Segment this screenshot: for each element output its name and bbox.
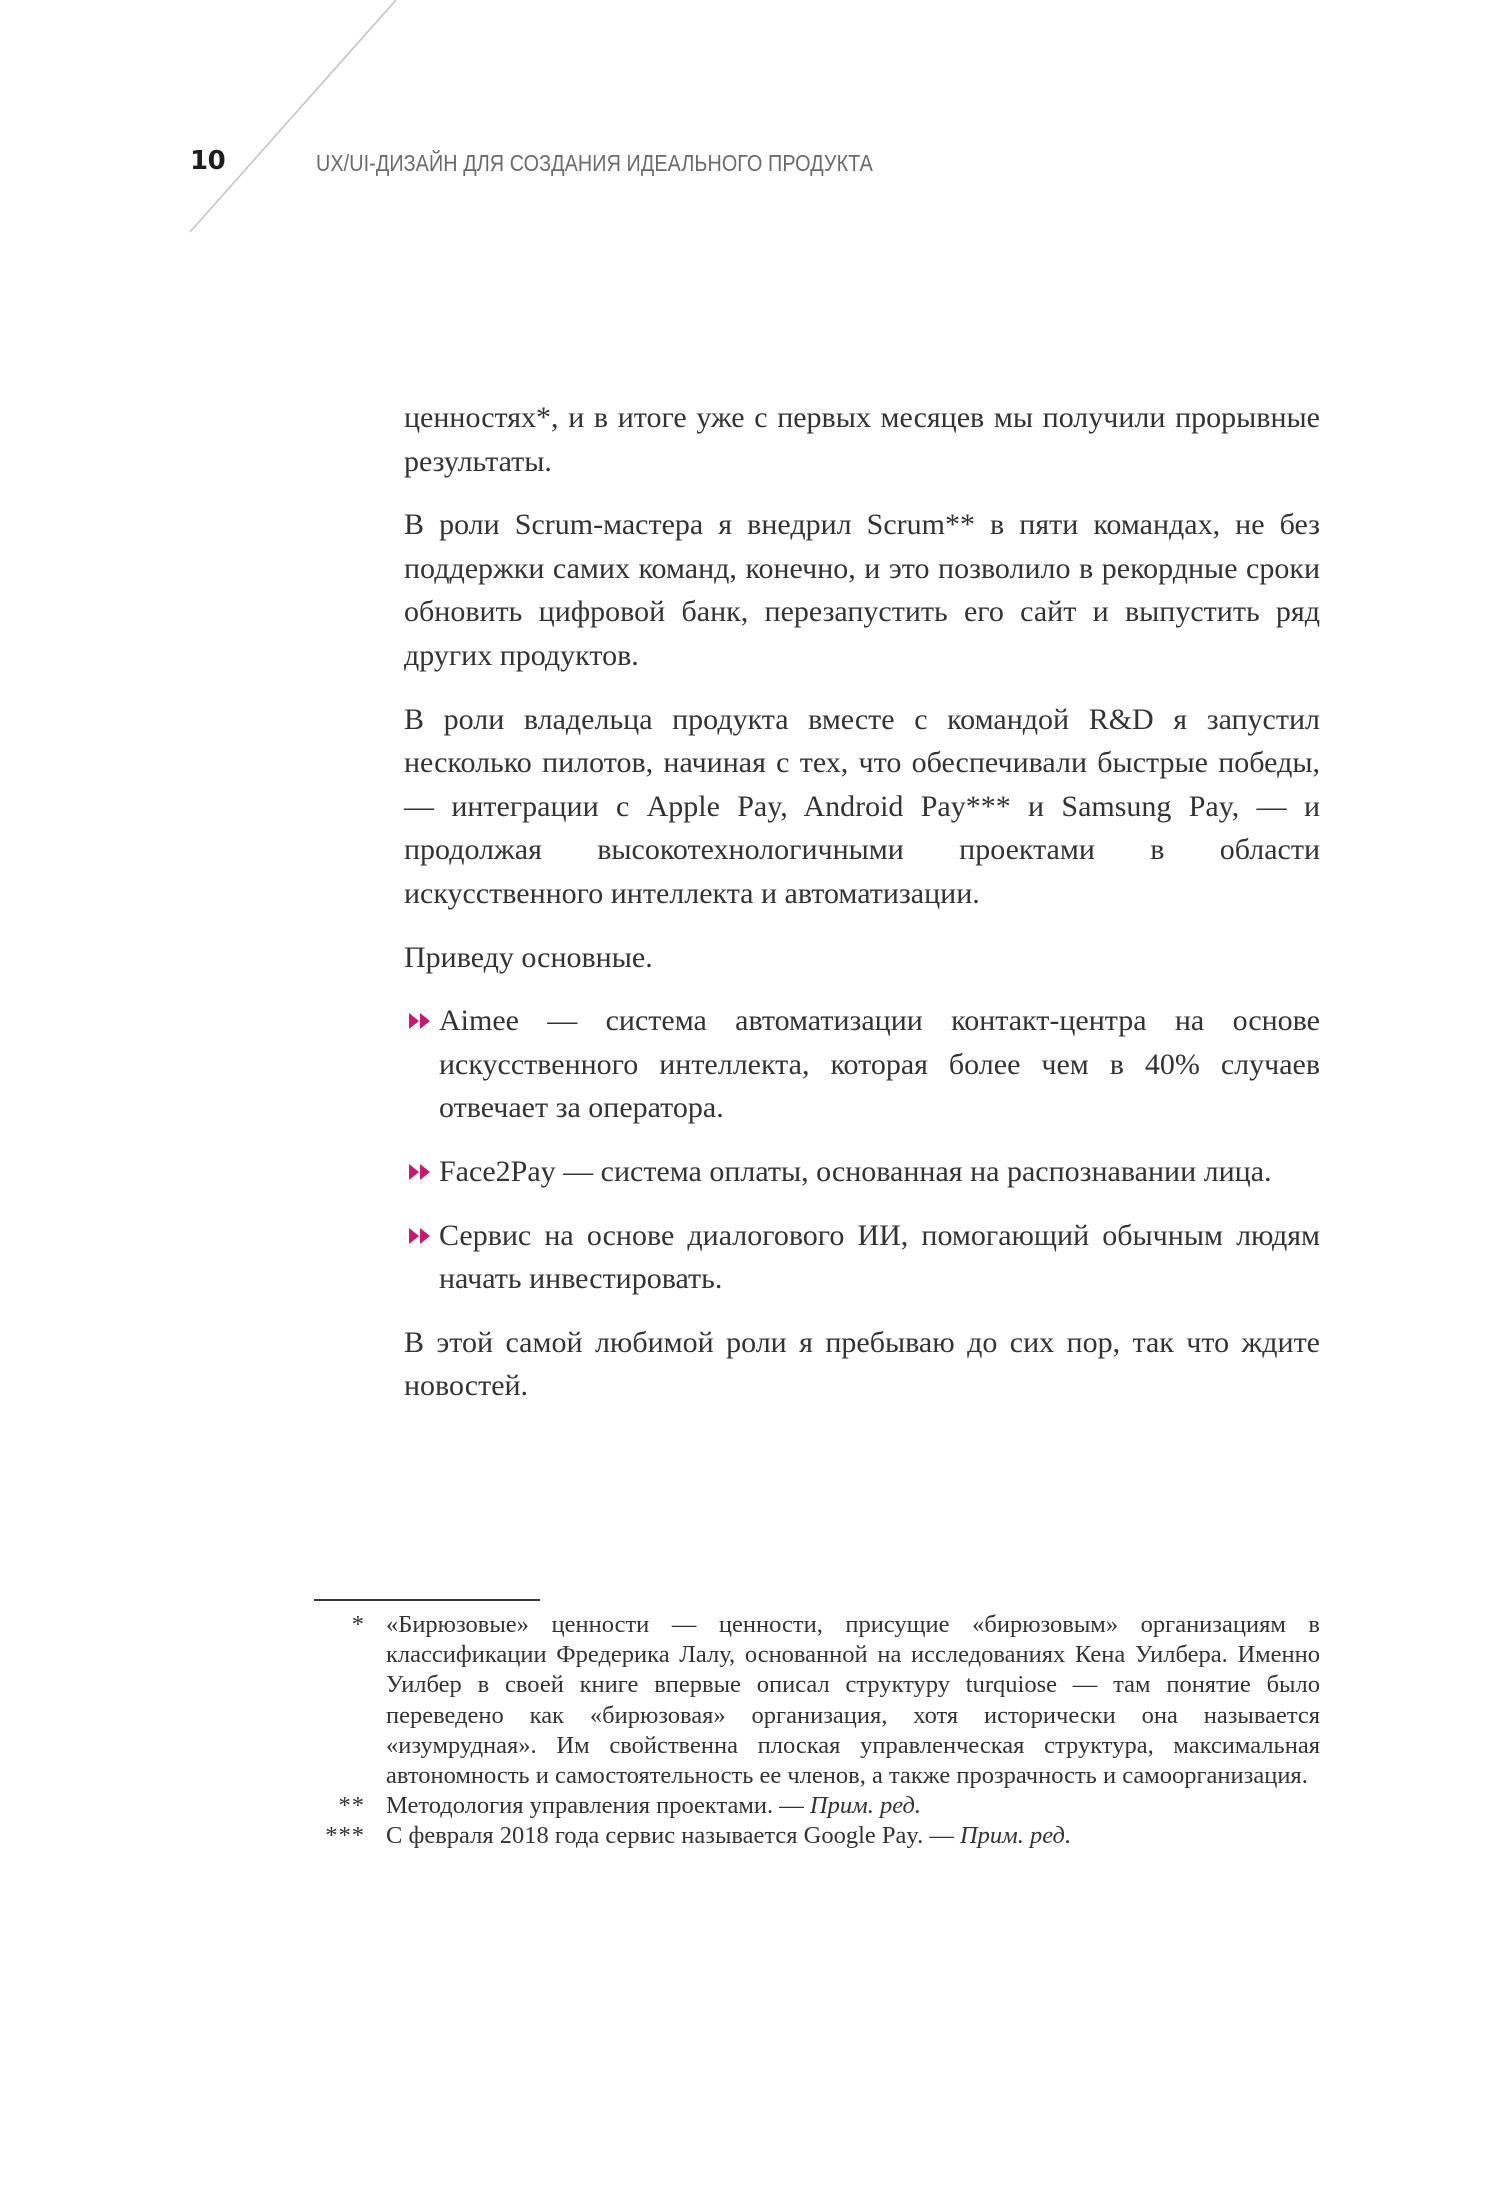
footnote-mark: **	[300, 1791, 386, 1821]
list-item-text: Face2Pay — система оплаты, основанная на…	[439, 1155, 1272, 1188]
editor-note: Прим. ред.	[810, 1792, 921, 1819]
list-item: Сервис на основе диалогового ИИ, помогаю…	[404, 1214, 1320, 1301]
double-triangle-right-icon	[408, 1228, 432, 1244]
body-text: ценностях*, и в итоге уже с первых месяц…	[404, 396, 1320, 1428]
footnote: ** Методология управления проектами. — П…	[300, 1791, 1320, 1821]
paragraph: В роли Scrum-мастера я внедрил Scrum** в…	[404, 503, 1320, 677]
paragraph: В роли владельца продукта вместе с коман…	[404, 698, 1320, 916]
product-list: Aimee — система автоматизации контакт-це…	[404, 999, 1320, 1301]
header-diagonal-divider	[0, 0, 1500, 240]
footnote-text: С февраля 2018 года сервис называется Go…	[386, 1821, 1320, 1851]
double-triangle-right-icon	[408, 1013, 432, 1029]
running-title: UX/UI-ДИЗАЙН ДЛЯ СОЗДАНИЯ ИДЕАЛЬНОГО ПРО…	[316, 148, 873, 178]
footnote-separator	[314, 1599, 540, 1601]
list-item-text: Aimee — система автоматизации контакт-це…	[439, 1004, 1320, 1124]
double-triangle-right-icon	[408, 1164, 432, 1180]
paragraph: ценностях*, и в итоге уже с первых месяц…	[404, 396, 1320, 483]
footnotes: * «Бирюзовые» ценности — ценности, прису…	[300, 1610, 1320, 1852]
paragraph: В этой самой любимой роли я пребываю до …	[404, 1321, 1320, 1408]
editor-note: Прим. ред.	[960, 1822, 1071, 1849]
page-number: 10	[190, 146, 225, 176]
footnote-mark: ***	[300, 1821, 386, 1851]
list-item-text: Сервис на основе диалогового ИИ, помогаю…	[439, 1219, 1320, 1296]
list-item: Aimee — система автоматизации контакт-це…	[404, 999, 1320, 1130]
footnote: *** С февраля 2018 года сервис называетс…	[300, 1821, 1320, 1851]
footnote: * «Бирюзовые» ценности — ценности, прису…	[300, 1610, 1320, 1791]
footnote-mark: *	[300, 1610, 386, 1791]
book-page: 10 UX/UI-ДИЗАЙН ДЛЯ СОЗДАНИЯ ИДЕАЛЬНОГО …	[0, 0, 1500, 2201]
list-item: Face2Pay — система оплаты, основанная на…	[404, 1150, 1320, 1194]
paragraph: Приведу основные.	[404, 936, 1320, 980]
footnote-text: «Бирюзовые» ценности — ценности, присущи…	[386, 1610, 1320, 1791]
footnote-text: Методология управления проектами. — Прим…	[386, 1791, 1320, 1821]
